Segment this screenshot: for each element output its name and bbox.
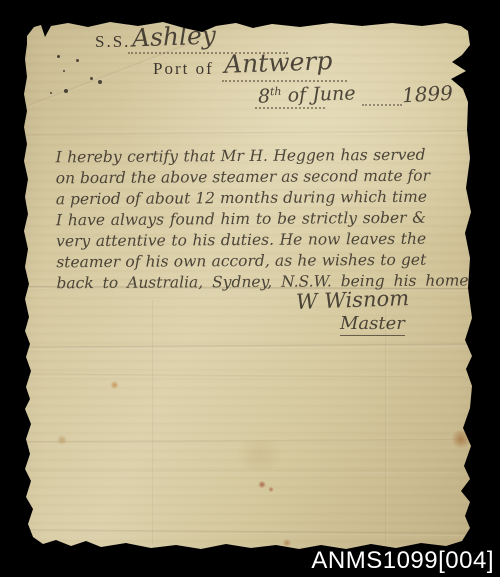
photograph-stage: S.S. Ashley Port of Antwerp 8th of June … bbox=[0, 0, 500, 577]
document-paper: S.S. Ashley Port of Antwerp 8th of June … bbox=[0, 0, 500, 577]
catalog-number-caption: ANMS1099[004] bbox=[311, 547, 494, 575]
paper-vignette bbox=[0, 0, 500, 577]
